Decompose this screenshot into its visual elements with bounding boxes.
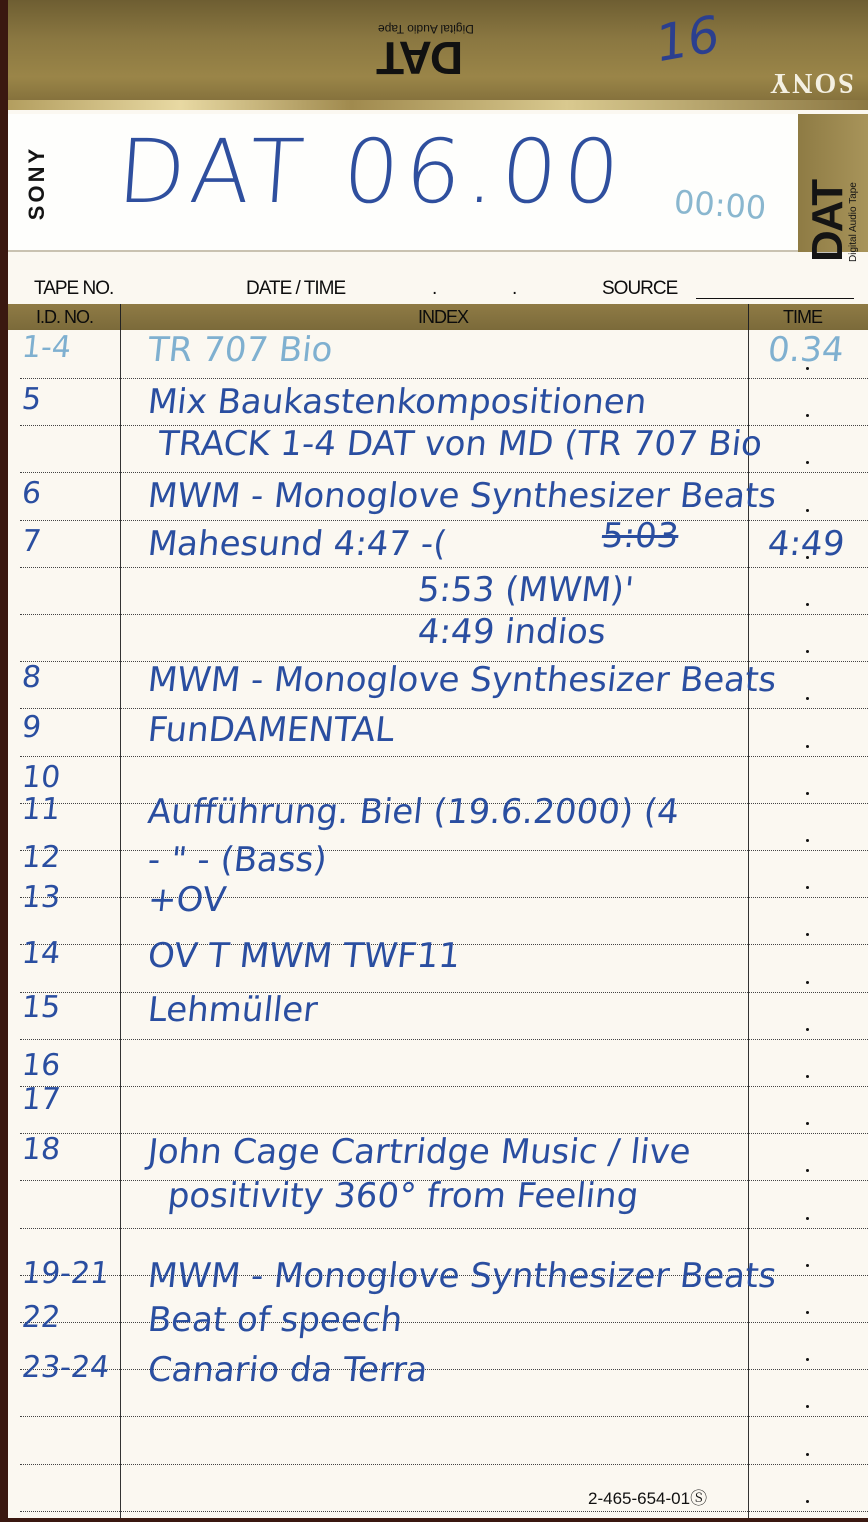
entry-title: Lehmüller xyxy=(146,990,319,1030)
rule-line xyxy=(20,850,868,851)
rule-line xyxy=(20,992,868,993)
entry-id: 9 xyxy=(20,710,43,745)
entry-title: Mix Baukastenkompositionen xyxy=(146,382,649,422)
entry-id: 6 xyxy=(20,476,43,511)
entry-id: 14 xyxy=(20,936,62,971)
title-side-note: 00:00 xyxy=(673,183,768,227)
entry-id: 5 xyxy=(20,382,43,417)
entry-title: 5:53 (MWM)' xyxy=(416,570,636,610)
time-colon-dot xyxy=(806,603,809,606)
entry-title: Beat of speech xyxy=(146,1300,404,1340)
time-colon-dot xyxy=(806,981,809,984)
id-column-divider xyxy=(120,330,121,1518)
rule-line xyxy=(20,1039,868,1040)
entry-id: 18 xyxy=(20,1132,62,1167)
tape-no-label: TAPE NO. xyxy=(34,278,113,300)
spine-dat-logo: DAT Digital Audio Tape xyxy=(378,22,474,80)
time-colon-dot xyxy=(806,1028,809,1031)
entry-id: 1-4 xyxy=(20,330,73,365)
index-header: INDEX xyxy=(418,307,468,328)
time-colon-dot xyxy=(806,1453,809,1456)
entry-title: MWM - Monoglove Synthesizer Beats xyxy=(146,476,778,516)
column-header-band: I.D. NO. INDEX TIME xyxy=(8,304,868,330)
rule-line xyxy=(20,1416,868,1417)
time-colon-dot xyxy=(806,1311,809,1314)
entry-id: 11 xyxy=(20,792,62,827)
time-header: TIME xyxy=(783,307,822,328)
entry-id: 7 xyxy=(20,524,43,559)
rule-line xyxy=(20,378,868,379)
entry-title: FunDAMENTAL xyxy=(146,710,396,750)
rule-line xyxy=(20,1086,868,1087)
rule-line xyxy=(20,756,868,757)
entry-title: +OV xyxy=(146,880,228,920)
date-separator: . xyxy=(512,278,516,300)
entry-id: 12 xyxy=(20,840,62,875)
rule-line xyxy=(20,567,868,568)
entry-time: 0.34 xyxy=(766,330,846,370)
entry-title: 4:49 indios xyxy=(416,612,608,652)
date-separator: . xyxy=(432,278,436,300)
rule-line xyxy=(20,708,868,709)
entry-id: 8 xyxy=(20,660,43,695)
rule-line xyxy=(20,472,868,473)
rule-line xyxy=(20,1228,868,1229)
catalog-number: 2-465-654-01Ⓢ xyxy=(588,1484,707,1509)
entry-id: 17 xyxy=(20,1082,62,1117)
tape-title: DAT 06.00 xyxy=(114,120,628,223)
dat-logo-tab: DAT Digital Audio Tape xyxy=(798,114,868,252)
time-colon-dot xyxy=(806,1075,809,1078)
entry-title: OV T MWM TWF11 xyxy=(146,936,462,976)
rule-line xyxy=(20,1464,868,1465)
entry-title: MWM - Monoglove Synthesizer Beats xyxy=(146,1256,778,1296)
entry-title: Mahesund 4:47 -( xyxy=(146,524,449,564)
entry-id: 16 xyxy=(20,1048,62,1083)
time-colon-dot xyxy=(806,509,809,512)
entry-id: 13 xyxy=(20,880,62,915)
time-colon-dot xyxy=(806,839,809,842)
time-colon-dot xyxy=(806,745,809,748)
entry-title: - " - (Bass) xyxy=(146,840,329,880)
spine-band: DAT Digital Audio Tape 16 SONY xyxy=(8,0,868,110)
spine-sony-logo: SONY xyxy=(768,66,854,98)
entry-title: Canario da Terra xyxy=(146,1350,430,1390)
field-row: TAPE NO. DATE / TIME . . SOURCE xyxy=(8,276,868,302)
entry-id: 19-21 xyxy=(20,1256,111,1291)
gold-foil-edge xyxy=(8,100,868,110)
time-colon-dot xyxy=(806,1217,809,1220)
time-colon-dot xyxy=(806,1264,809,1267)
entry-id: 10 xyxy=(20,760,62,795)
entry-title: TRACK 1-4 DAT von MD (TR 707 Bio xyxy=(156,424,764,464)
rule-line xyxy=(20,520,868,521)
time-colon-dot xyxy=(806,1500,809,1503)
sony-vertical-logo: SONY xyxy=(22,130,52,240)
time-colon-dot xyxy=(806,792,809,795)
entry-title: Aufführung. Biel (19.6.2000) (4 xyxy=(146,792,681,832)
id-no-header: I.D. NO. xyxy=(36,307,93,328)
entry-title: MWM - Monoglove Synthesizer Beats xyxy=(146,660,778,700)
source-label: SOURCE xyxy=(602,278,677,300)
entry-id: 22 xyxy=(20,1300,62,1335)
dat-tape-label-card: DAT Digital Audio Tape 16 SONY SONY DAT … xyxy=(8,0,868,1518)
entry-title: John Cage Cartridge Music / live xyxy=(146,1132,693,1172)
entry-title: positivity 360° from Feeling xyxy=(166,1176,641,1216)
entry-id: 15 xyxy=(20,990,62,1025)
rule-line xyxy=(20,1511,868,1512)
source-field-line xyxy=(696,298,854,299)
date-time-label: DATE / TIME xyxy=(246,278,345,300)
spine-handwritten-number: 16 xyxy=(651,5,724,73)
struck-time: 5:03 xyxy=(600,516,681,556)
entry-id: 23-24 xyxy=(20,1350,111,1385)
entry-title: TR 707 Bio xyxy=(146,330,335,370)
entry-time: 4:49 xyxy=(766,524,847,564)
